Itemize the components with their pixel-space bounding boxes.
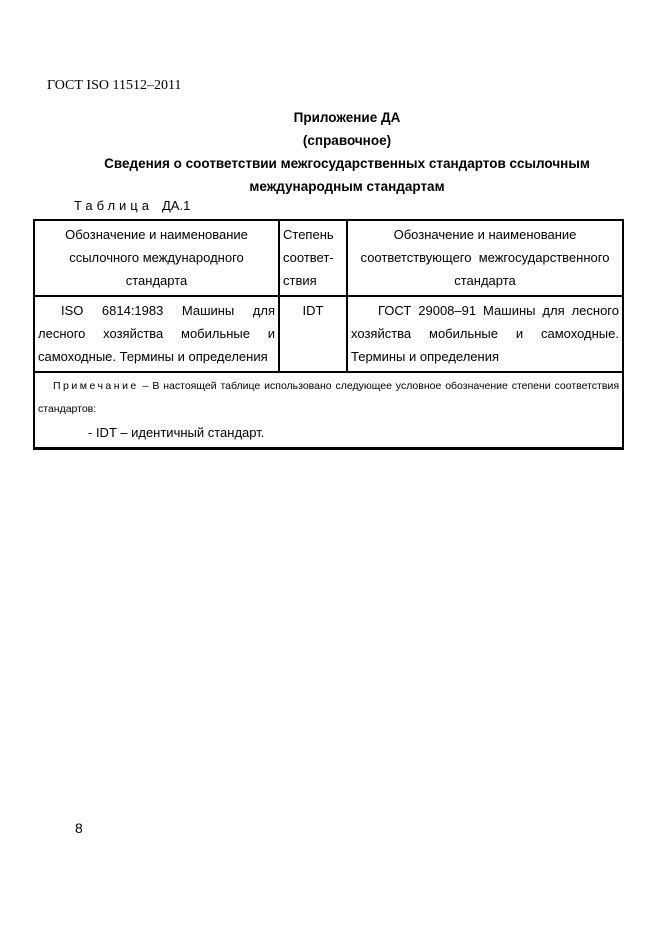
- degree-value: IDT: [283, 299, 343, 322]
- note-text-line-1: Примечание – В настоящей таблице использ…: [38, 375, 619, 398]
- cell-interstate-standard: ГОСТ 29008–91 Машины для лесного хозяйст…: [347, 296, 623, 372]
- table-note-row: Примечание – В настоящей таблице использ…: [34, 372, 623, 449]
- table-header-row: Обозначение и наименование ссылочного ме…: [34, 220, 623, 296]
- appendix-heading-line-1: Сведения о соответствии межгосударственн…: [33, 152, 661, 175]
- cell-international-standard: ISO 6814:1983 Машины для лесного хозяйст…: [34, 296, 279, 372]
- table-caption: ТаблицаДА.1: [74, 194, 190, 217]
- table-caption-number: ДА.1: [162, 198, 190, 213]
- header-line: Степень: [283, 223, 343, 246]
- note-paragraph: Примечание – В настоящей таблице использ…: [38, 375, 619, 421]
- header-cell-interstate-standard: Обозначение и наименование соответствующ…: [347, 220, 623, 296]
- note-text: – В настоящей таблице использовано следу…: [139, 380, 619, 392]
- header-cell-degree: Степень соответ- ствия: [279, 220, 347, 296]
- header-line: Обозначение и наименование: [351, 223, 619, 246]
- header-line: ствия: [283, 269, 343, 292]
- cell-line: ISO 6814:1983 Машины для: [38, 299, 275, 322]
- appendix-title: Приложение ДА: [33, 106, 661, 129]
- header-line: соответ-: [283, 246, 343, 269]
- table-caption-label: Таблица: [74, 198, 153, 213]
- table-note: Примечание – В настоящей таблице использ…: [34, 372, 623, 449]
- cell-line: самоходные. Термины и определения: [38, 345, 275, 368]
- appendix-subtitle: (справочное): [33, 129, 661, 152]
- appendix-heading-block: Приложение ДА (справочное) Сведения о со…: [33, 106, 661, 198]
- note-list-item: - IDT – идентичный стандарт.: [38, 421, 619, 444]
- cell-line: Термины и определения: [351, 345, 619, 368]
- correspondence-table: Обозначение и наименование ссылочного ме…: [33, 219, 624, 450]
- table-row: ISO 6814:1983 Машины для лесного хозяйст…: [34, 296, 623, 372]
- header-cell-international-standard: Обозначение и наименование ссылочного ме…: [34, 220, 279, 296]
- cell-line: ГОСТ 29008–91 Машины для лесного: [351, 299, 619, 322]
- document-page: ГОСТ ISO 11512–2011 Приложение ДА (справ…: [0, 0, 661, 936]
- page-number: 8: [75, 820, 83, 837]
- note-text-line-2: стандартов:: [38, 398, 619, 421]
- cell-line: хозяйства мобильные и самоходные.: [351, 322, 619, 345]
- document-id: ГОСТ ISO 11512–2011: [47, 77, 181, 94]
- header-line: ссылочного международного стандарта: [38, 246, 275, 292]
- header-line: Обозначение и наименование: [38, 223, 275, 246]
- header-line: соответствующего межгосударственного: [351, 246, 619, 269]
- cell-degree: IDT: [279, 296, 347, 372]
- note-label: Примечание: [53, 380, 139, 392]
- cell-line: лесного хозяйства мобильные и: [38, 322, 275, 345]
- header-line: стандарта: [351, 269, 619, 292]
